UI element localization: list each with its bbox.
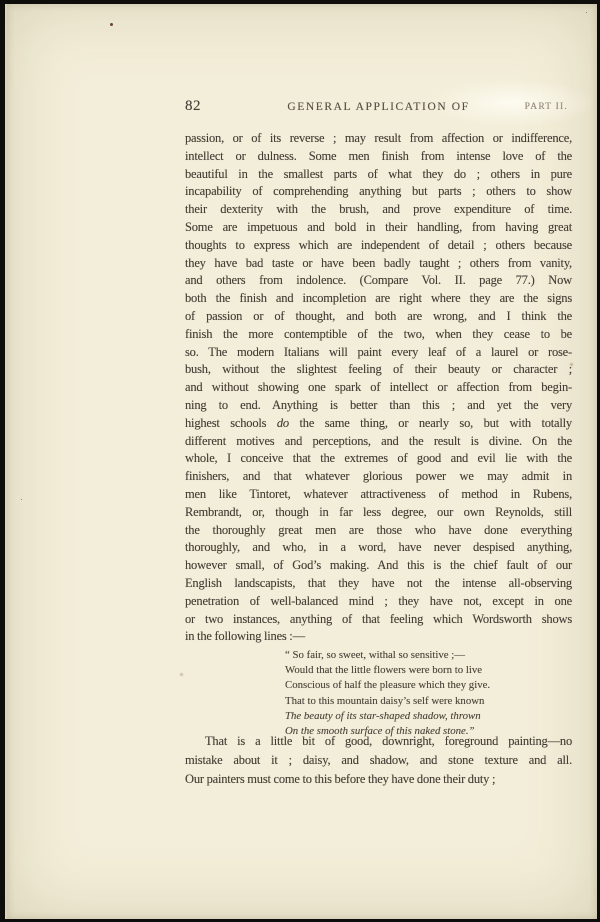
text-line: so. The modern Italians will paint every… [185,344,572,362]
text-line: Our painters must come to this before th… [185,770,572,789]
text-line: “ So fair, so sweet, withal so sensitive… [285,648,572,663]
text-line: passion, or of its reverse ; may result … [185,130,572,148]
text-line: beautiful in the smallest parts of what … [185,166,572,184]
text-line: penetration of well-balanced mind ; they… [185,593,572,611]
text-line: and others from indolence. (Compare Vol.… [185,272,572,290]
text-line: different motives and perceptions, and t… [185,433,572,451]
text-line: men like Tintoret, whatever attractivene… [185,486,572,504]
text-line: ning to end. Anything is better than thi… [185,397,572,415]
text-line: or two instances, anything of that feeli… [185,611,572,629]
text-line: of passion or of thought, and both are w… [185,308,572,326]
text-line: incapability of comprehending anything b… [185,183,572,201]
text-line: they have bad taste or have been badly t… [185,255,572,273]
text-line: their dexterity with the brush, and prov… [185,201,572,219]
text-line: The beauty of its star-shaped shadow, th… [285,709,572,724]
running-title: GENERAL APPLICATION OF [287,101,469,113]
text-line: bush, without the slightest feeling of t… [185,361,572,379]
part-label: PART II. [525,102,568,112]
text-line: That is a little bit of good, downright,… [185,732,572,751]
text-line: highest schools do the same thing, or ne… [185,415,572,433]
running-header: 82 GENERAL APPLICATION OF PART II. [185,98,572,120]
text-line: English landscapists, that they have not… [185,575,572,593]
text-line: the thoroughly great men are those who h… [185,522,572,540]
text-line: finish the more contemptible of the two,… [185,326,572,344]
text-line: Conscious of half the pleasure which the… [285,678,572,693]
text-line: Rembrandt, or, though in far less degree… [185,504,572,522]
paragraph-closing: That is a little bit of good, downright,… [185,732,572,790]
text-line: Would that the little flowers were born … [285,663,572,678]
poem-quote: “ So fair, so sweet, withal so sensitive… [185,648,572,739]
paragraph-main: passion, or of its reverse ; may result … [185,130,572,646]
book-page: 82 GENERAL APPLICATION OF PART II. passi… [5,4,597,919]
scan-background: 82 GENERAL APPLICATION OF PART II. passi… [0,0,600,922]
text-line: in the following lines :— [185,628,572,646]
text-line: Some are impetuous and bold in their han… [185,219,572,237]
text-line: That to this mountain daisy’s self were … [285,694,572,709]
text-line: whole, I conceive that the extremes of g… [185,450,572,468]
text-line: finishers, and that whatever glorious po… [185,468,572,486]
text-line: thoughts to express which are independen… [185,237,572,255]
text-line: however small, of God’s making. And this… [185,557,572,575]
text-line: mistake about it ; daisy, and shadow, an… [185,751,572,770]
text-line: intellect or dulness. Some men finish fr… [185,148,572,166]
text-line: thoroughly, and who, in a word, have nev… [185,539,572,557]
text-line: both the finish and incompletion are rig… [185,290,572,308]
text-line: and without showing one spark of intelle… [185,379,572,397]
page-number: 82 [185,98,201,115]
